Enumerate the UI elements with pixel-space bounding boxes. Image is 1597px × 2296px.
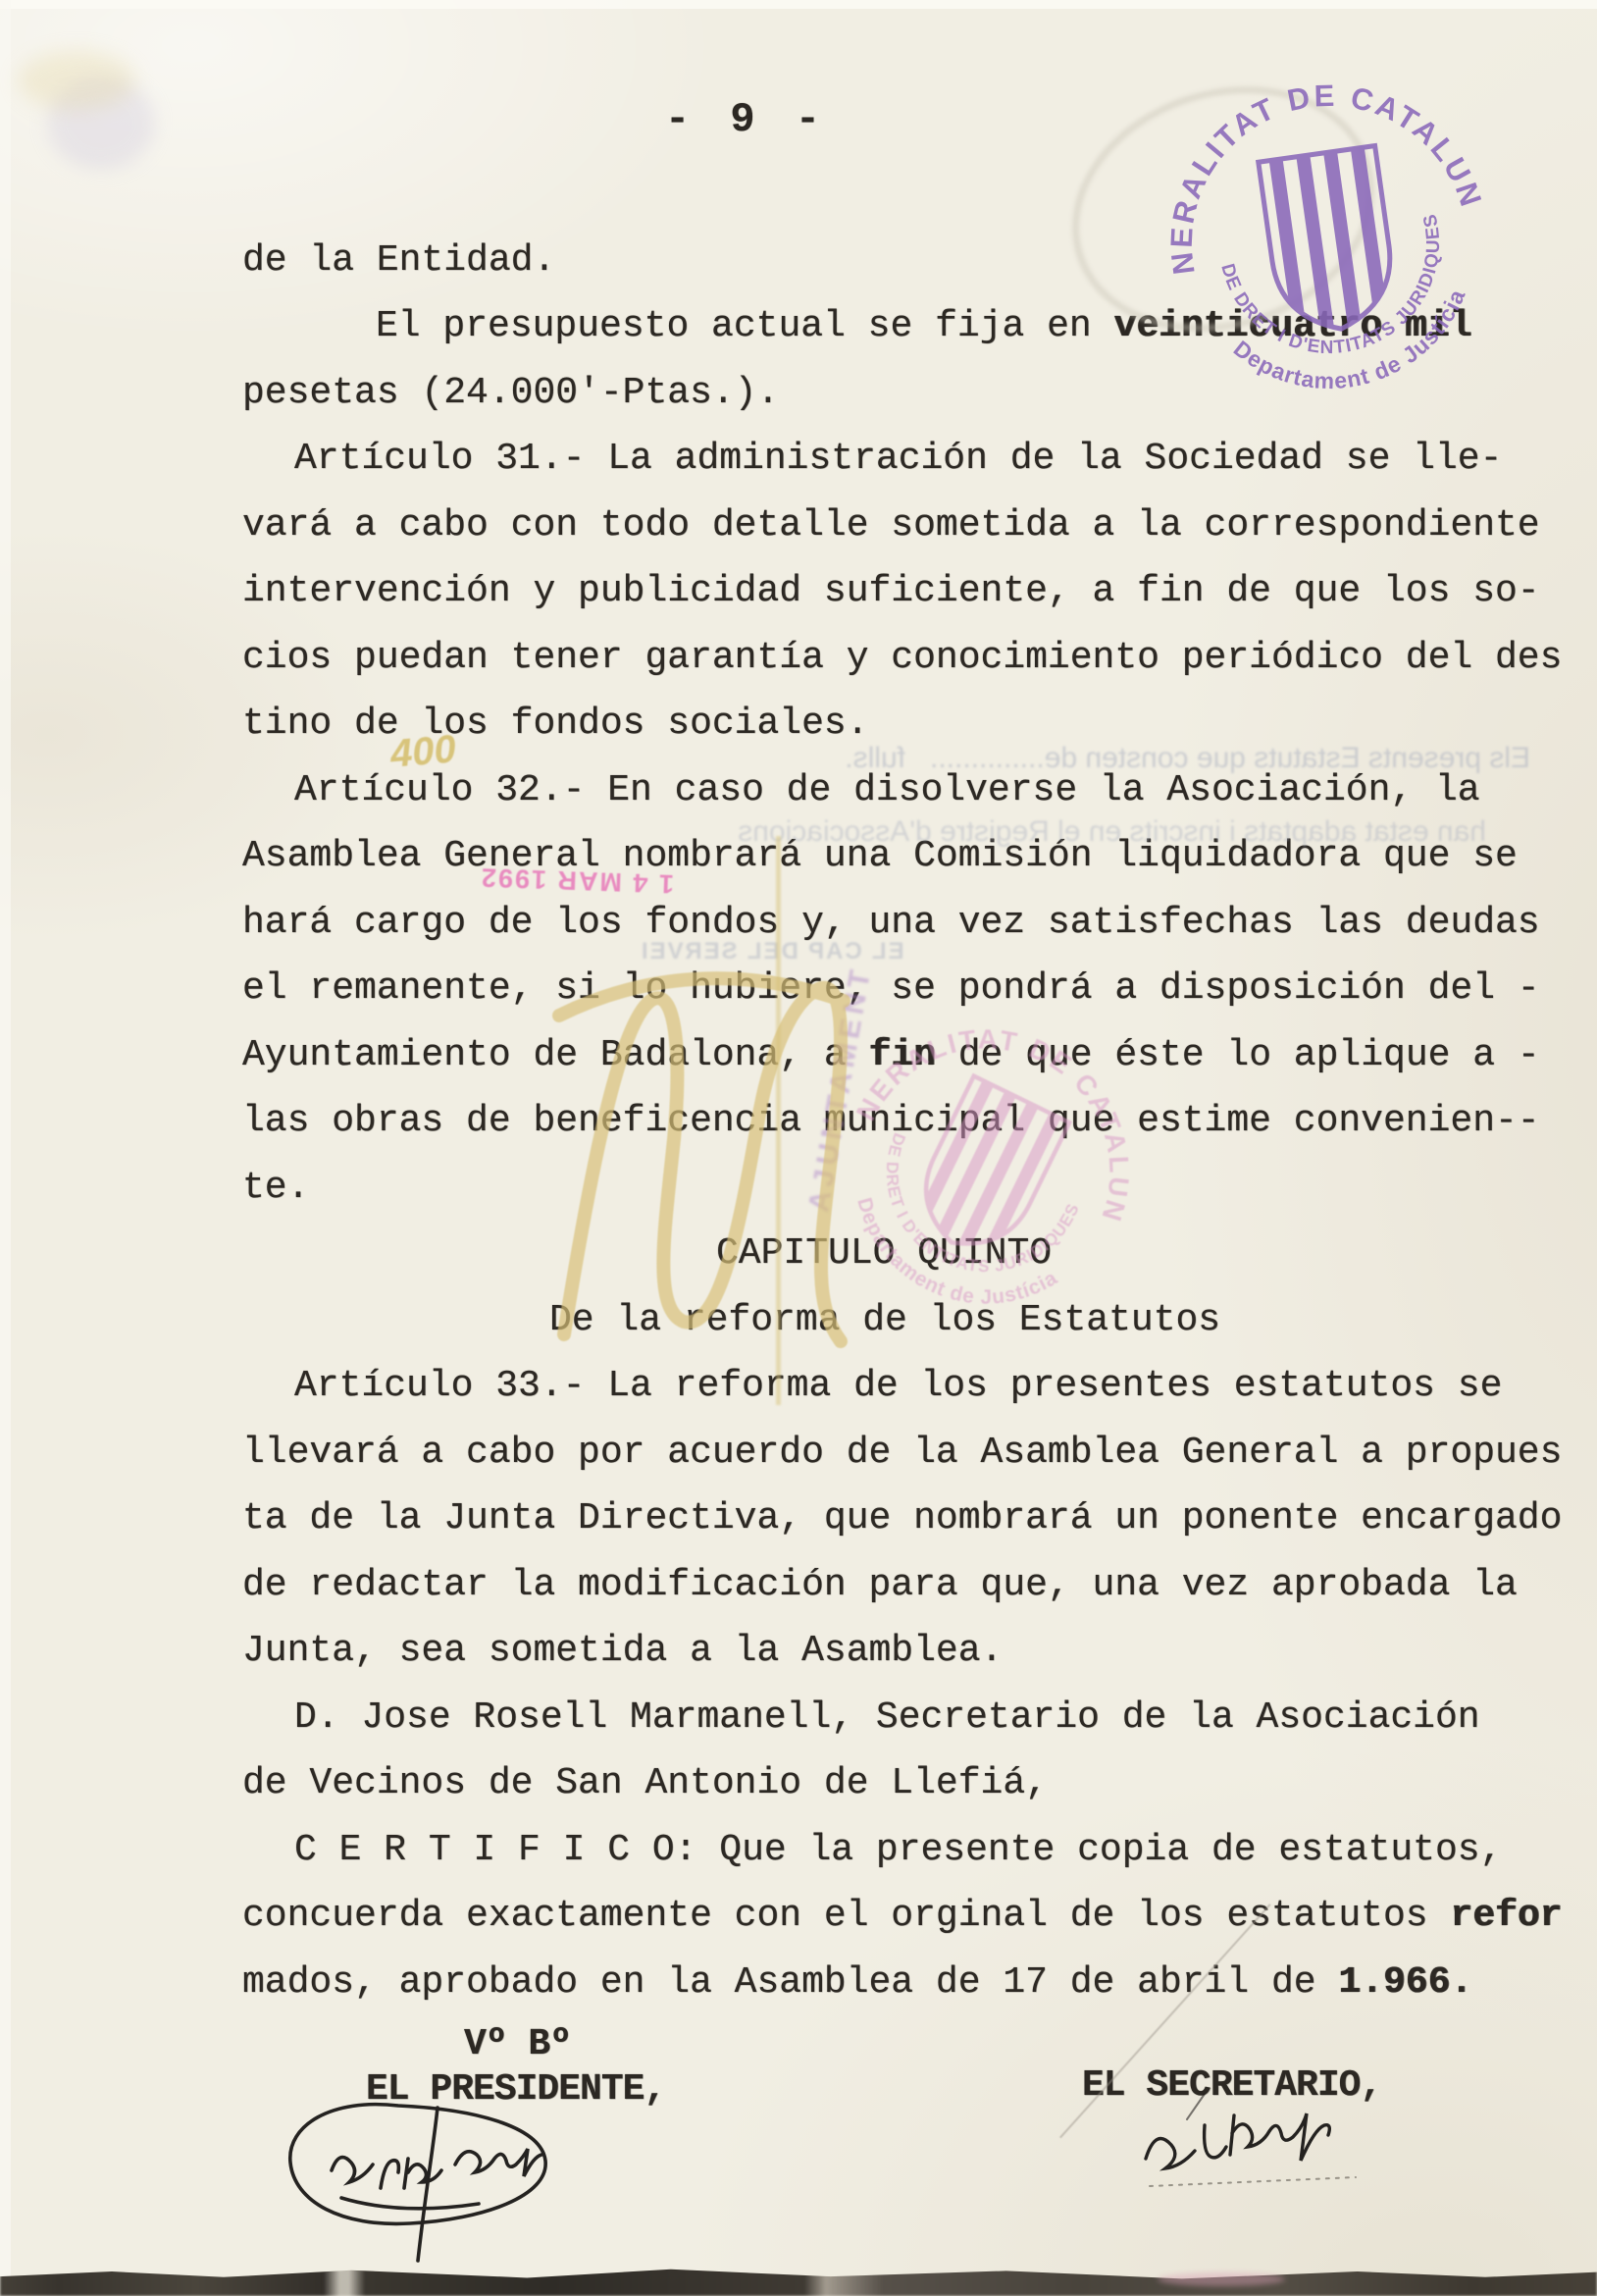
- typed-line: de redactar la modificación para que, un…: [242, 1563, 1518, 1608]
- generalitat-stamp-purple: GENERALITAT DE CATALUNYA DE DRET I D'ENT…: [1109, 24, 1550, 464]
- vb-label: Vº Bº: [464, 2023, 571, 2065]
- corner-smudge: [18, 51, 135, 110]
- scan-edge-left: [0, 0, 11, 2296]
- typed-line: tino de los fondos sociales.: [242, 702, 869, 747]
- typed-line: Artículo 33.- La reforma de los presente…: [294, 1364, 1502, 1409]
- typed-line: Junta, sea sometida a la Asamblea.: [242, 1629, 1003, 1674]
- typed-line: cios puedan tener garantía y conocimient…: [242, 636, 1562, 681]
- typed-line: vará a cabo con todo detalle sometida a …: [242, 503, 1540, 548]
- date-received-stamp: 1 4 MAR 1992: [502, 862, 675, 899]
- typed-line: mados, aprobado en la Asamblea de 17 de …: [242, 1960, 1472, 2006]
- scan-bottom-edge: [0, 2265, 1597, 2296]
- typed-line: de la Entidad.: [242, 238, 555, 284]
- typed-line: Artículo 31.- La administración de la So…: [294, 437, 1502, 482]
- showthrough-text-line2: han estat adaptats i inscrits en el Regi…: [211, 815, 1486, 849]
- typed-line: llevará a cabo por acuerdo de la Asamble…: [242, 1431, 1562, 1476]
- typed-line: D. Jose Rosell Marmanell, Secretario de …: [294, 1696, 1480, 1741]
- typed-line: ta de la Junta Directiva, que nombrará u…: [242, 1496, 1562, 1541]
- scan-edge-top: [0, 0, 1597, 9]
- secretary-signature: [1128, 2088, 1383, 2216]
- typed-line: te.: [242, 1166, 309, 1211]
- pencil-rubric: [535, 957, 858, 1349]
- typed-line: intervención y publicidad suficiente, a …: [242, 569, 1540, 614]
- pencil-mark-400: 400: [388, 727, 457, 777]
- scan-bottom-pink-smudge: [1158, 2272, 1285, 2286]
- coat-of-arms-shield: [1259, 146, 1400, 341]
- document-page: - 9 - de la Entidad.El presupuesto actua…: [0, 0, 1597, 2296]
- president-signature: [273, 2092, 596, 2269]
- ink-smudge: [47, 77, 155, 170]
- typed-line: de Vecinos de San Antonio de Llefiá,: [242, 1761, 1048, 1806]
- page-number: - 9 -: [665, 96, 828, 143]
- typed-line: pesetas (24.000'-Ptas.).: [242, 371, 779, 416]
- typed-line: C E R T I F I C O: Que la presente copia…: [294, 1828, 1502, 1873]
- typed-line: concuerda exactamente con el orginal de …: [242, 1894, 1562, 1939]
